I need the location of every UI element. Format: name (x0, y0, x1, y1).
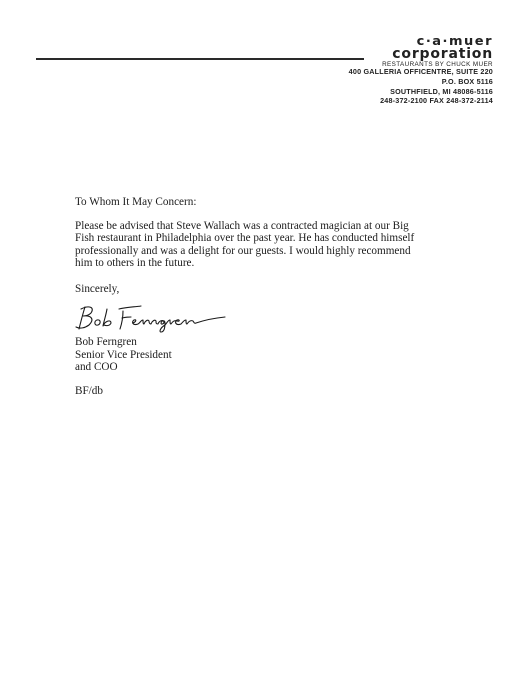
body-line: Please be advised that Steve Wallach was… (75, 220, 475, 233)
company-name-line2: corporation (382, 47, 493, 61)
address-city: SOUTHFIELD, MI 48086-5116 (349, 87, 493, 97)
body-line: Fish restaurant in Philadelphia over the… (75, 232, 475, 245)
address-po-box: P.O. BOX 5116 (349, 77, 493, 87)
address-phone-fax: 248-372-2100 FAX 248-372-2114 (349, 96, 493, 106)
signer-block: Bob Ferngren Senior Vice President and C… (75, 336, 172, 374)
company-name-line1: c·a·muer (382, 35, 493, 47)
company-logo: c·a·muer corporation RESTAURANTS BY CHUC… (382, 35, 493, 68)
address-street: 400 GALLERIA OFFICENTRE, SUITE 220 (349, 67, 493, 77)
salutation: To Whom It May Concern: (75, 196, 475, 209)
signer-name: Bob Ferngren (75, 336, 172, 349)
body-paragraph: Please be advised that Steve Wallach was… (75, 220, 475, 270)
reference-initials: BF/db (75, 385, 103, 398)
signer-title-cont: and COO (75, 361, 172, 374)
handwritten-signature: Bob Ferngren (73, 303, 233, 333)
body-line: professionally and was a delight for our… (75, 245, 475, 258)
letterhead-divider (36, 58, 364, 60)
company-address: 400 GALLERIA OFFICENTRE, SUITE 220 P.O. … (349, 67, 493, 106)
letter-page: c·a·muer corporation RESTAURANTS BY CHUC… (0, 0, 530, 690)
signer-title: Senior Vice President (75, 349, 172, 362)
closing: Sincerely, (75, 283, 475, 296)
letter-body: To Whom It May Concern: Please be advise… (75, 196, 475, 296)
body-line: him to others in the future. (75, 257, 475, 270)
